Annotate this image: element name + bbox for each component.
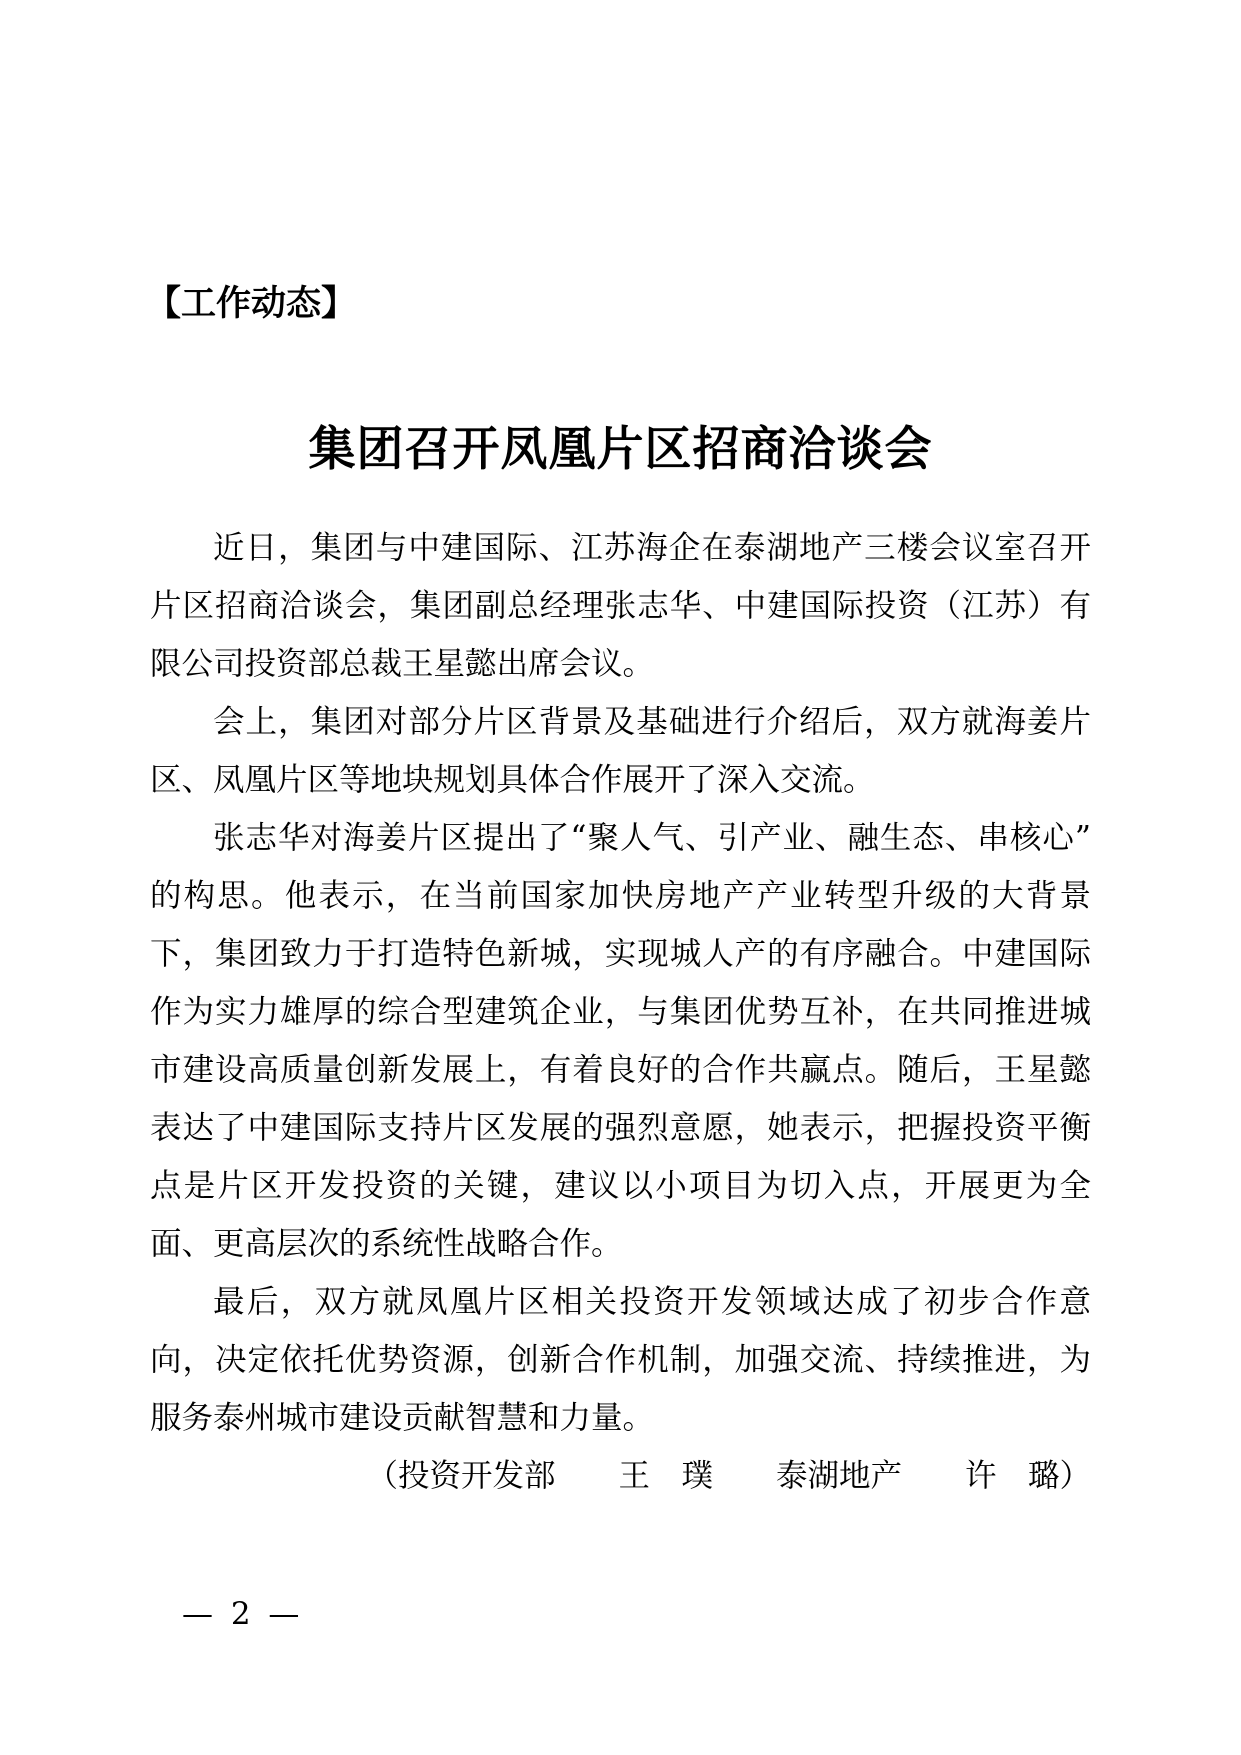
body-paragraph: 会上，集团对部分片区背景及基础进行介绍后，双方就海姜片区、凤凰片区等地块规划具体… <box>150 693 1091 809</box>
body-paragraph: 最后，双方就凤凰片区相关投资开发领域达成了初步合作意向，决定依托优势资源，创新合… <box>150 1273 1091 1447</box>
body-paragraph: 近日，集团与中建国际、江苏海企在泰湖地产三楼会议室召开片区招商洽谈会，集团副总经… <box>150 519 1091 693</box>
attribution-line: （投资开发部 王 璞 泰湖地产 许 璐） <box>150 1447 1091 1505</box>
page-number: — 2 — <box>182 1594 299 1634</box>
page-title: 集团召开凤凰片区招商洽谈会 <box>150 421 1091 480</box>
section-header: 【工作动态】 <box>146 283 356 325</box>
body-paragraph: 张志华对海姜片区提出了“聚人气、引产业、融生态、串核心”的构思。他表示，在当前国… <box>150 809 1091 1273</box>
document-page: 【工作动态】 集团召开凤凰片区招商洽谈会 近日，集团与中建国际、江苏海企在泰湖地… <box>0 0 1241 1755</box>
document-body: 近日，集团与中建国际、江苏海企在泰湖地产三楼会议室召开片区招商洽谈会，集团副总经… <box>150 519 1091 1505</box>
